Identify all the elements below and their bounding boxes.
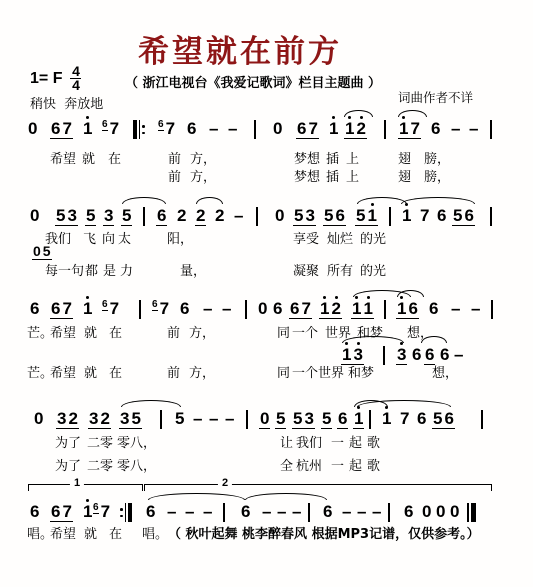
note-digit: 7 bbox=[399, 410, 410, 428]
slur-arc bbox=[245, 493, 327, 500]
note: 1 bbox=[381, 410, 392, 428]
note-digit: 6 bbox=[403, 503, 414, 521]
barline bbox=[490, 207, 492, 226]
note: 2 bbox=[195, 207, 206, 226]
lyric: 膀， bbox=[424, 148, 450, 167]
note-digit: 7 bbox=[61, 120, 72, 138]
note: 6 bbox=[337, 410, 348, 429]
note: 67 bbox=[102, 120, 120, 141]
lyric: 就 bbox=[84, 523, 97, 542]
lyric: 唱。 bbox=[142, 523, 168, 542]
barline bbox=[491, 300, 493, 319]
note-digit: – bbox=[453, 346, 464, 364]
barline bbox=[481, 410, 483, 429]
note: 5 bbox=[174, 410, 185, 428]
barline bbox=[369, 410, 371, 429]
note: 1 bbox=[82, 300, 93, 318]
note-digit: 0 bbox=[272, 120, 283, 138]
lyric: 希望 bbox=[50, 322, 76, 341]
note-digit: 2 bbox=[67, 410, 78, 428]
note-digit: 2 bbox=[176, 207, 187, 225]
note-digit: 3 bbox=[352, 346, 363, 364]
note-digit: 0 bbox=[257, 300, 268, 318]
note-digit: 7 bbox=[109, 300, 120, 318]
note-digit: 0 bbox=[32, 244, 42, 259]
barline bbox=[256, 207, 258, 226]
note: 51 bbox=[355, 207, 378, 226]
note-digit: 5 bbox=[293, 207, 304, 225]
note-digit: 7 bbox=[100, 503, 111, 521]
note-digit: 1 bbox=[341, 346, 352, 364]
note: 3 bbox=[103, 207, 114, 226]
note-digit: 7 bbox=[165, 120, 176, 138]
lyric: 享受 bbox=[293, 228, 319, 247]
note-digit: 6 bbox=[29, 503, 40, 521]
note-digit: 6 bbox=[411, 346, 422, 364]
note-digit: – bbox=[208, 120, 219, 138]
note-digit: 6 bbox=[50, 300, 61, 318]
note-digit: 3 bbox=[119, 410, 130, 428]
lyric: 都 bbox=[85, 260, 98, 279]
note-digit: 0 bbox=[259, 410, 270, 428]
note-digit: 2 bbox=[195, 207, 206, 225]
note-digit: 1 bbox=[398, 120, 409, 138]
note: 6 bbox=[439, 346, 450, 364]
barline bbox=[223, 503, 225, 522]
octave-dot bbox=[86, 296, 89, 299]
sheet-music-page: 希望就在前方 （ 浙江电视台《我爱记歌词》栏目主题曲 ） 1= F 4 4 稍快… bbox=[0, 0, 533, 587]
note-digit: 7 bbox=[300, 300, 311, 318]
note-digit: 6 bbox=[289, 300, 300, 318]
dash-note: – bbox=[371, 503, 382, 521]
note-digit: 5 bbox=[42, 244, 52, 259]
octave-dot bbox=[323, 296, 326, 299]
barline bbox=[384, 120, 386, 139]
dash-note: – bbox=[202, 503, 213, 521]
note-digit: 5 bbox=[121, 207, 132, 225]
note: 32 bbox=[56, 410, 79, 429]
note: 6 bbox=[403, 503, 414, 521]
dash-note: – bbox=[208, 120, 219, 138]
note-digit: 5 bbox=[85, 207, 96, 225]
lyric: 一 bbox=[331, 432, 344, 451]
note: 67 bbox=[93, 503, 111, 524]
lyric: 每 bbox=[45, 260, 58, 279]
note: 67 bbox=[158, 120, 176, 141]
note: 67 bbox=[296, 120, 319, 139]
note: 56 bbox=[432, 410, 455, 429]
lyric: 上 bbox=[346, 148, 359, 167]
note-digit: 6 bbox=[322, 503, 333, 521]
note: 0 bbox=[421, 503, 432, 521]
note-digit: – bbox=[208, 410, 219, 428]
lyric: 同 bbox=[277, 362, 290, 381]
note-digit: – bbox=[166, 503, 177, 521]
note: 6 bbox=[240, 503, 251, 521]
repeat-dots bbox=[120, 503, 123, 522]
note-digit: 5 bbox=[275, 410, 286, 428]
lyric: 歌 bbox=[367, 432, 380, 451]
note: 6 bbox=[29, 503, 40, 521]
dash-note: – bbox=[208, 410, 219, 428]
lyric: 同 bbox=[277, 322, 290, 341]
note-digit: 3 bbox=[88, 410, 99, 428]
lyric: 就 bbox=[84, 322, 97, 341]
note-digit: 6 bbox=[334, 207, 345, 225]
slur-arc bbox=[397, 290, 424, 297]
note: 32 bbox=[88, 410, 111, 429]
slur-arc bbox=[398, 110, 427, 117]
note: 6 bbox=[430, 120, 441, 138]
note-digit: 7 bbox=[61, 503, 72, 521]
note-digit: 1 bbox=[401, 207, 412, 225]
note: 5 bbox=[275, 410, 286, 429]
lyric: 一个 bbox=[292, 362, 318, 381]
note-digit: 5 bbox=[355, 207, 366, 225]
bar-stroke bbox=[133, 120, 137, 139]
note: 6 bbox=[29, 300, 40, 318]
note-digit: 6 bbox=[156, 207, 167, 225]
note-digit: 6 bbox=[272, 300, 283, 318]
note-digit: 3 bbox=[66, 207, 77, 225]
note: 35 bbox=[119, 410, 142, 429]
lyric: （ 秋叶起舞 桃李醉春风 根据MP3记谱，仅供参考。） bbox=[168, 523, 480, 542]
grace-note: 6 bbox=[158, 119, 164, 131]
note: 0 bbox=[33, 410, 44, 428]
lyric: 歌 bbox=[367, 455, 380, 474]
note-digit: 1 bbox=[353, 410, 364, 428]
bar-stroke bbox=[125, 503, 127, 522]
note: 1 bbox=[353, 410, 364, 429]
dash-note: – bbox=[261, 503, 272, 521]
note-digit: 6 bbox=[29, 300, 40, 318]
note-digit: 1 bbox=[381, 410, 392, 428]
note-digit: – bbox=[233, 207, 244, 225]
lyric: 在 bbox=[109, 362, 122, 381]
note: 6 bbox=[424, 346, 435, 365]
note-digit: 1 bbox=[351, 300, 362, 318]
note-digit: 0 bbox=[449, 503, 460, 521]
lyric: 一 bbox=[331, 455, 344, 474]
note-digit: 6 bbox=[337, 410, 348, 428]
note: 53 bbox=[293, 207, 316, 226]
note-digit: 6 bbox=[443, 410, 454, 428]
note-digit: 5 bbox=[452, 207, 463, 225]
note-digit: 5 bbox=[55, 207, 66, 225]
lyric: 翅 bbox=[398, 166, 411, 185]
note-digit: – bbox=[224, 410, 235, 428]
barline bbox=[384, 300, 386, 319]
volta-bracket bbox=[144, 484, 492, 491]
lyric: 翅 bbox=[398, 148, 411, 167]
barline bbox=[389, 207, 391, 226]
lyric: 力 bbox=[120, 260, 133, 279]
note-digit: – bbox=[227, 120, 238, 138]
note-digit: 6 bbox=[424, 346, 435, 364]
note: 1 bbox=[82, 503, 93, 521]
slur-arc bbox=[357, 197, 407, 204]
lyric: 在 bbox=[108, 148, 121, 167]
lyric: 膀， bbox=[424, 166, 450, 185]
note-digit: 7 bbox=[409, 120, 420, 138]
bar-stroke bbox=[128, 503, 132, 522]
lyric: 前 bbox=[168, 166, 181, 185]
note: 53 bbox=[55, 207, 78, 226]
note: 0 bbox=[435, 503, 446, 521]
lyric: 插 bbox=[326, 166, 339, 185]
note: 6 bbox=[428, 300, 439, 318]
note-digit: – bbox=[276, 503, 287, 521]
lyric: 方， bbox=[190, 166, 216, 185]
note-digit: 3 bbox=[103, 207, 114, 225]
lyric: 梦想 bbox=[294, 166, 320, 185]
note-digit: 6 bbox=[430, 120, 441, 138]
lyric: 想， bbox=[432, 362, 458, 381]
note: 13 bbox=[341, 346, 364, 365]
note-digit: 5 bbox=[321, 410, 332, 428]
note: 6 bbox=[145, 503, 156, 521]
lyric: 二零 bbox=[87, 455, 113, 474]
barline bbox=[383, 346, 385, 365]
note-digit: – bbox=[371, 503, 382, 521]
note: 12 bbox=[319, 300, 342, 319]
note-digit: 1 bbox=[362, 300, 373, 318]
grace-note: 6 bbox=[152, 299, 158, 311]
note-digit: 7 bbox=[419, 207, 430, 225]
note: 0 bbox=[449, 503, 460, 521]
note-digit: 1 bbox=[396, 300, 407, 318]
note: 56 bbox=[452, 207, 475, 226]
lyric: 二零 bbox=[87, 432, 113, 451]
lyric: 就 bbox=[84, 362, 97, 381]
note-digit: 2 bbox=[99, 410, 110, 428]
note: 05 bbox=[32, 244, 52, 260]
note-digit: 3 bbox=[56, 410, 67, 428]
dash-note: – bbox=[202, 300, 213, 318]
barline bbox=[245, 300, 247, 319]
lyric: 方， bbox=[190, 148, 216, 167]
note-digit: 3 bbox=[304, 207, 315, 225]
barline bbox=[308, 503, 310, 522]
lyric: 希望 bbox=[50, 362, 76, 381]
note: 6 bbox=[322, 503, 333, 521]
dash-note: – bbox=[233, 207, 244, 225]
dash-note: – bbox=[356, 503, 367, 521]
note: 1 bbox=[401, 207, 412, 225]
note-digit: – bbox=[261, 503, 272, 521]
lyric: 向 bbox=[102, 228, 115, 247]
note: 11 bbox=[351, 300, 374, 319]
barline bbox=[254, 120, 256, 139]
lyric: 前 bbox=[168, 148, 181, 167]
note: 6 bbox=[179, 300, 190, 318]
note-digit: 0 bbox=[27, 120, 38, 138]
volta-number: 2 bbox=[218, 477, 232, 489]
note-digit: – bbox=[450, 300, 461, 318]
barline bbox=[160, 410, 162, 429]
note-digit: 6 bbox=[50, 503, 61, 521]
lyric: 全 bbox=[280, 455, 293, 474]
lyric: 太 bbox=[118, 228, 131, 247]
note-digit: – bbox=[184, 503, 195, 521]
note-digit: 7 bbox=[159, 300, 170, 318]
bar-stroke bbox=[467, 503, 469, 522]
dash-note: – bbox=[221, 300, 232, 318]
lyric: 阳， bbox=[167, 228, 193, 247]
lyric: 的光 bbox=[360, 228, 386, 247]
note-digit: 5 bbox=[174, 410, 185, 428]
volta-bracket bbox=[28, 484, 143, 491]
note-digit: – bbox=[202, 503, 213, 521]
note: 0 bbox=[259, 410, 270, 429]
final-barline bbox=[467, 503, 476, 522]
note-digit: 5 bbox=[292, 410, 303, 428]
note-digit: 6 bbox=[145, 503, 156, 521]
note: 2 bbox=[176, 207, 187, 225]
lyric: 希望 bbox=[50, 148, 76, 167]
note: 67 bbox=[50, 300, 73, 319]
slur-arc bbox=[401, 197, 475, 204]
dash-note: – bbox=[450, 120, 461, 138]
dash-note: – bbox=[184, 503, 195, 521]
note: 7 bbox=[399, 410, 410, 428]
note-digit: 0 bbox=[435, 503, 446, 521]
slur-arc bbox=[196, 197, 223, 204]
lyric: 方， bbox=[189, 362, 215, 381]
lyric: 一句 bbox=[58, 260, 84, 279]
note: 53 bbox=[292, 410, 315, 429]
grace-note: 6 bbox=[102, 299, 108, 311]
note-digit: – bbox=[202, 300, 213, 318]
octave-dot bbox=[86, 116, 89, 119]
note: 5 bbox=[321, 410, 332, 429]
note-digit: – bbox=[341, 503, 352, 521]
lyric: 杭州 bbox=[296, 455, 322, 474]
note-digit: 6 bbox=[296, 120, 307, 138]
dash-note: – bbox=[291, 503, 302, 521]
octave-dot bbox=[86, 499, 89, 502]
lyric: 起 bbox=[349, 432, 362, 451]
note-digit: 3 bbox=[396, 346, 407, 364]
note-digit: 5 bbox=[130, 410, 141, 428]
lyric: 为了 bbox=[55, 455, 81, 474]
lyric: 在 bbox=[109, 523, 122, 542]
note: 16 bbox=[396, 300, 419, 319]
slur-arc bbox=[121, 400, 181, 407]
score-area: 067167676––067112176––希望就在前方，梦想插上翅膀，前方，梦… bbox=[0, 0, 533, 587]
note-digit: 1 bbox=[319, 300, 330, 318]
volta-number: 1 bbox=[70, 477, 84, 489]
note-digit: 6 bbox=[407, 300, 418, 318]
slur-arc bbox=[344, 110, 373, 117]
lyric: 上 bbox=[346, 166, 359, 185]
slur-arc bbox=[122, 197, 166, 204]
note: 67 bbox=[50, 120, 73, 139]
note: 1 bbox=[328, 120, 339, 138]
note: 1 bbox=[82, 120, 93, 138]
note-digit: 0 bbox=[33, 410, 44, 428]
note-digit: 6 bbox=[463, 207, 474, 225]
note-digit: 7 bbox=[307, 120, 318, 138]
note-digit: 2 bbox=[355, 120, 366, 138]
slur-arc bbox=[357, 400, 451, 407]
octave-dot bbox=[332, 116, 335, 119]
note: 67 bbox=[289, 300, 312, 319]
note-digit: 1 bbox=[344, 120, 355, 138]
slur-arc bbox=[342, 336, 404, 343]
repeat-start-sign bbox=[133, 120, 145, 139]
note: 12 bbox=[344, 120, 367, 139]
note-digit: 0 bbox=[274, 207, 285, 225]
note-digit: 6 bbox=[240, 503, 251, 521]
note-digit: – bbox=[291, 503, 302, 521]
note: 67 bbox=[152, 300, 170, 321]
note: 56 bbox=[323, 207, 346, 226]
note-digit: 7 bbox=[109, 120, 120, 138]
barline bbox=[139, 300, 141, 319]
lyric: 前 bbox=[167, 322, 180, 341]
note: 7 bbox=[419, 207, 430, 225]
lyric: 飞 bbox=[83, 228, 96, 247]
lyric: 让 bbox=[280, 432, 293, 451]
note: 6 bbox=[411, 346, 422, 364]
note-digit: 0 bbox=[29, 207, 40, 225]
note: 0 bbox=[274, 207, 285, 225]
note-digit: – bbox=[468, 120, 479, 138]
lyric: 是 bbox=[103, 260, 116, 279]
note: 17 bbox=[398, 120, 421, 139]
note-digit: 7 bbox=[61, 300, 72, 318]
octave-dot bbox=[335, 296, 338, 299]
note: 67 bbox=[102, 300, 120, 321]
note-digit: – bbox=[356, 503, 367, 521]
lyric: 一个 bbox=[292, 322, 318, 341]
dash-note: – bbox=[453, 346, 464, 364]
note-digit: 6 bbox=[50, 120, 61, 138]
note: 5 bbox=[121, 207, 132, 226]
note-digit: 6 bbox=[428, 300, 439, 318]
lyric: 为了 bbox=[55, 432, 81, 451]
note: 0 bbox=[27, 120, 38, 138]
note: 5 bbox=[85, 207, 96, 226]
lyric: 量， bbox=[180, 260, 206, 279]
dash-note: – bbox=[227, 120, 238, 138]
lyric: 方， bbox=[189, 322, 215, 341]
lyric: 零八， bbox=[117, 432, 156, 451]
barline bbox=[388, 503, 390, 522]
note: 6 bbox=[156, 207, 167, 226]
note: 6 bbox=[272, 300, 283, 318]
note: 2 bbox=[214, 207, 225, 225]
note-digit: 6 bbox=[436, 207, 447, 225]
grace-note: 6 bbox=[93, 502, 99, 514]
note: 3 bbox=[396, 346, 407, 365]
note-digit: 0 bbox=[421, 503, 432, 521]
note: 0 bbox=[257, 300, 268, 318]
note-digit: 6 bbox=[416, 410, 427, 428]
note-digit: 1 bbox=[328, 120, 339, 138]
lyric: 凝聚 bbox=[293, 260, 319, 279]
note: 6 bbox=[436, 207, 447, 225]
lyric: 我们 bbox=[296, 432, 322, 451]
barline bbox=[246, 410, 248, 429]
lyric: 在 bbox=[109, 322, 122, 341]
note-digit: 1 bbox=[82, 120, 93, 138]
grace-note: 6 bbox=[102, 119, 108, 131]
note-digit: – bbox=[221, 300, 232, 318]
note-digit: 6 bbox=[179, 300, 190, 318]
note-digit: 6 bbox=[186, 120, 197, 138]
